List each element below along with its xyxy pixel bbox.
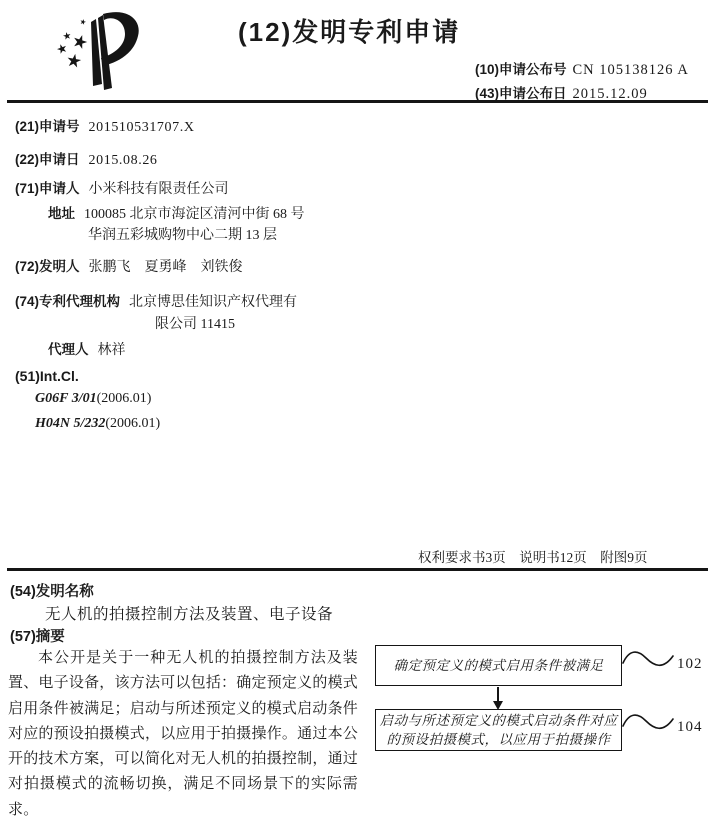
applicant-row: (71)申请人小米科技有限责任公司 bbox=[15, 177, 229, 198]
reference-connector-102 bbox=[621, 648, 675, 674]
agent-value: 林祥 bbox=[98, 343, 126, 358]
filing-date-row: (22)申请日2015.08.26 bbox=[15, 148, 158, 169]
ipc-suffix-2: (2006.01) bbox=[105, 416, 160, 431]
agency-line2: 限公司 11415 bbox=[155, 313, 235, 333]
flowchart-step-1-text: 确定预定义的模式启用条件被满足 bbox=[394, 656, 604, 675]
inventors-label: (72)发明人 bbox=[15, 259, 80, 274]
flowchart-step-2-line1: 启动与所述预定义的模式启动条件对应 bbox=[380, 713, 618, 728]
agent-label: 代理人 bbox=[48, 342, 89, 357]
reference-connector-104 bbox=[621, 711, 675, 737]
header-divider bbox=[7, 100, 708, 103]
application-number-row: (21)申请号201510531707.X bbox=[15, 115, 195, 136]
filing-date-label: (22)申请日 bbox=[15, 152, 80, 167]
flowchart-step-1-box: 确定预定义的模式启用条件被满足 bbox=[375, 645, 622, 686]
agency-line1: 北京博思佳知识产权代理有 bbox=[129, 295, 297, 310]
pub-no-value: CN 105138126 A bbox=[573, 62, 689, 78]
publication-number-row: (10)申请公布号CN 105138126 A bbox=[475, 58, 689, 79]
agency-row: (74)专利代理机构北京博思佳知识产权代理有 bbox=[15, 290, 297, 311]
reference-numeral-102: 102 bbox=[677, 656, 703, 673]
agent-row: 代理人林祥 bbox=[48, 338, 126, 359]
reference-numeral-104: 104 bbox=[677, 719, 703, 736]
doc-type-title: (12)发明专利申请 bbox=[238, 12, 460, 49]
application-number-label: (21)申请号 bbox=[15, 119, 80, 134]
section-divider bbox=[7, 568, 708, 571]
inventors-value: 张鹏飞 夏勇峰 刘铁俊 bbox=[89, 260, 243, 275]
ipc-suffix-1: (2006.01) bbox=[97, 391, 152, 406]
pub-no-label: (10)申请公布号 bbox=[475, 62, 567, 77]
pub-date-label: (43)申请公布日 bbox=[475, 86, 567, 101]
applicant-value: 小米科技有限责任公司 bbox=[89, 182, 229, 197]
ipc-entry-1: G06F 3/01(2006.01) bbox=[35, 391, 151, 407]
application-number-value: 201510531707.X bbox=[89, 120, 195, 135]
applicant-label: (71)申请人 bbox=[15, 181, 80, 196]
flowchart-step-2-text: 启动与所述预定义的模式启动条件对应的预设拍摄模式，以应用于拍摄操作 bbox=[380, 711, 618, 749]
ipc-code-2: H04N 5/232 bbox=[35, 416, 105, 431]
sipo-logo-icon bbox=[42, 6, 147, 94]
abstract-label: (57)摘要 bbox=[10, 625, 65, 646]
patent-front-page: (12)发明专利申请 (10)申请公布号CN 105138126 A (43)申… bbox=[0, 0, 715, 824]
ipc-code-1: G06F 3/01 bbox=[35, 391, 97, 406]
invention-title-label: (54)发明名称 bbox=[10, 580, 94, 601]
inventors-row: (72)发明人张鹏飞 夏勇峰 刘铁俊 bbox=[15, 255, 243, 276]
address-label: 地址 bbox=[48, 206, 75, 221]
int-cl-label: (51)Int.Cl. bbox=[15, 368, 79, 384]
pages-info: 权利要求书3页 说明书12页 附图9页 bbox=[418, 546, 648, 566]
abstract-text: 本公开是关于一种无人机的拍摄控制方法及装置、电子设备，该方法可以包括：确定预定义… bbox=[8, 646, 358, 823]
address-line1: 100085 北京市海淀区清河中街 68 号 bbox=[84, 207, 305, 222]
flowchart-step-2-line2: 的预设拍摄模式，以应用于拍摄操作 bbox=[387, 732, 611, 747]
applicant-address-row: 地址100085 北京市海淀区清河中街 68 号 bbox=[48, 202, 305, 223]
flowchart-arrow-stem bbox=[497, 687, 499, 702]
ipc-entry-2: H04N 5/232(2006.01) bbox=[35, 416, 160, 432]
agency-label: (74)专利代理机构 bbox=[15, 294, 120, 309]
filing-date-value: 2015.08.26 bbox=[89, 153, 158, 168]
flowchart-step-2-box: 启动与所述预定义的模式启动条件对应的预设拍摄模式，以应用于拍摄操作 bbox=[375, 709, 622, 751]
address-line2: 华润五彩城购物中心二期 13 层 bbox=[88, 224, 277, 244]
invention-title: 无人机的拍摄控制方法及装置、电子设备 bbox=[45, 602, 333, 624]
